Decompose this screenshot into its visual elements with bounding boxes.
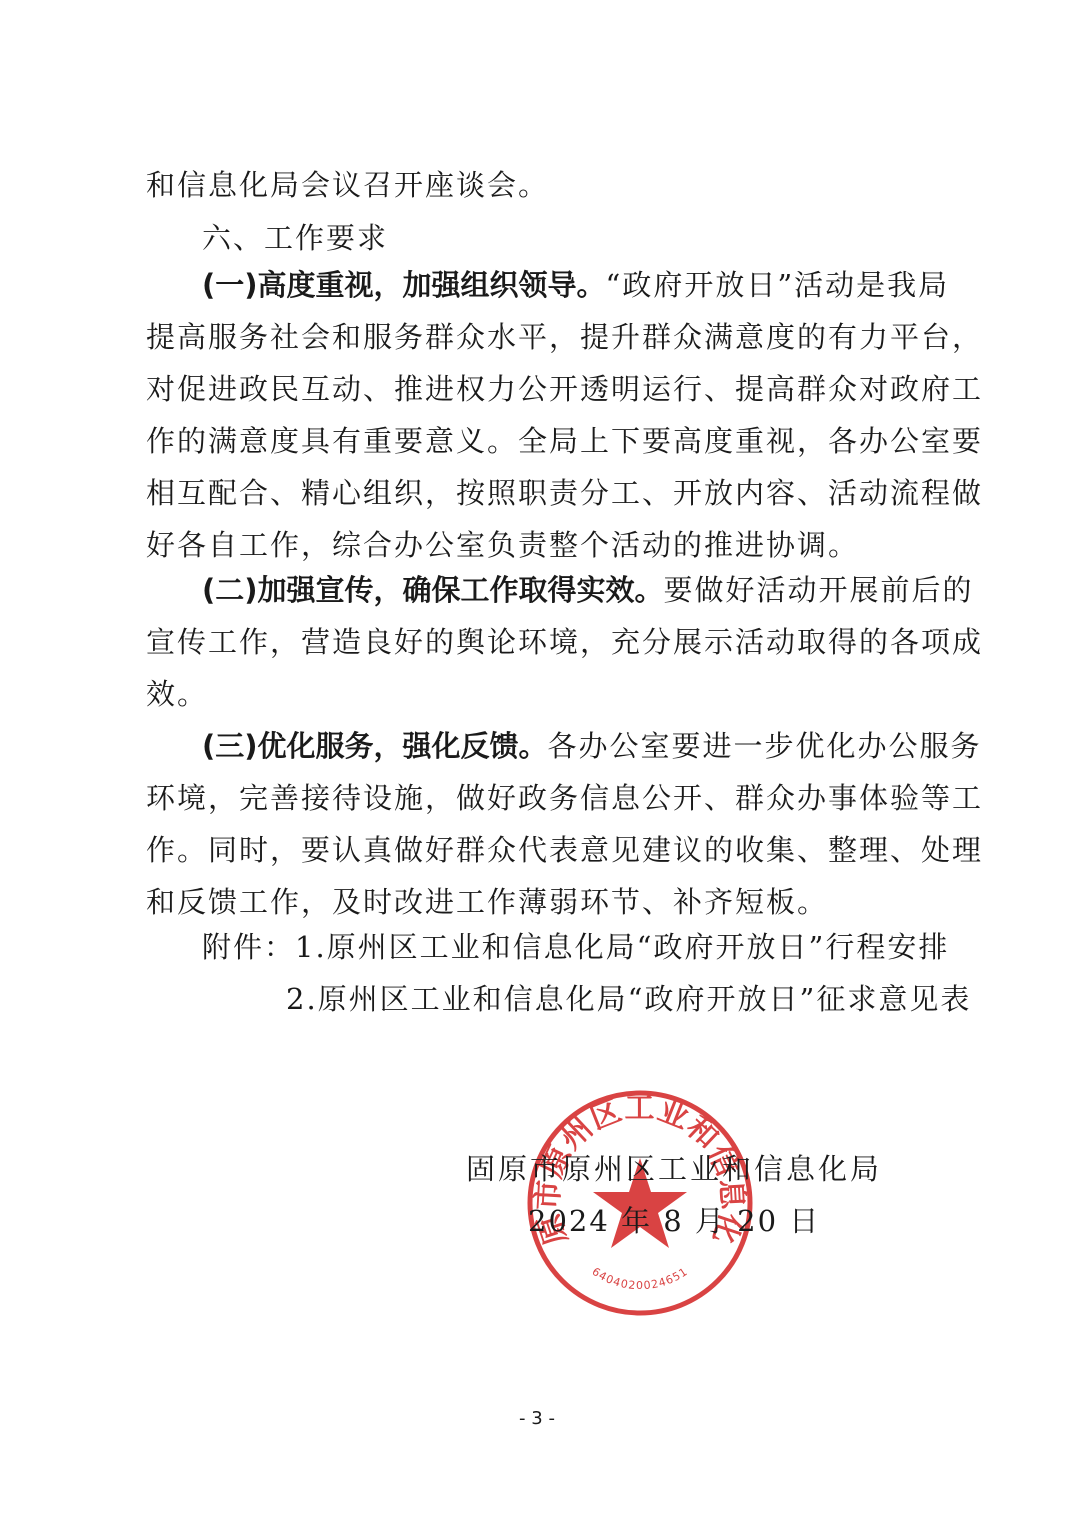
- attachment-item-2: 2.原州区工业和信息化局“政府开放日”征求意见表: [286, 980, 930, 1018]
- section-heading: 六、工作要求: [202, 219, 930, 257]
- page-number: - 3 -: [0, 1408, 1074, 1429]
- paragraph-line: 环境，完善接待设施，做好政务信息公开、群众办事体验等工: [146, 779, 930, 817]
- paragraph-2-first-line: (二)加强宣传，确保工作取得实效。要做好活动开展前后的: [202, 571, 930, 609]
- signature-date: 2024 年 8 月 20 日: [528, 1202, 820, 1240]
- paragraph-line: 对促进政民互动、推进权力公开透明运行、提高群众对政府工: [146, 370, 930, 408]
- paragraph-1-first-line: (一)高度重视，加强组织领导。“政府开放日”活动是我局: [202, 266, 930, 304]
- paragraph-text: 要做好活动开展前后的: [664, 573, 974, 607]
- attachment-item-1: 1.原州区工业和信息化局“政府开放日”行程安排: [295, 930, 949, 964]
- document-page: 和信息化局会议召开座谈会。 六、工作要求 (一)高度重视，加强组织领导。“政府开…: [0, 0, 1074, 1520]
- paragraph-3-title: (三)优化服务，强化反馈。: [202, 729, 548, 763]
- paragraph-line: 和反馈工作，及时改进工作薄弱环节、补齐短板。: [146, 883, 930, 921]
- paragraph-line: 和信息化局会议召开座谈会。: [146, 166, 930, 204]
- paragraph-1-title: (一)高度重视，加强组织领导。: [202, 268, 606, 302]
- paragraph-text: 各办公室要进一步优化办公服务: [548, 729, 982, 763]
- signature-organization: 固原市原州区工业和信息化局: [466, 1150, 882, 1188]
- paragraph-line: 好各自工作，综合办公室负责整个活动的推进协调。: [146, 526, 930, 564]
- paragraph-line: 作。同时，要认真做好群众代表意见建议的收集、整理、处理: [146, 831, 930, 869]
- attachment-line-1: 附件：1.原州区工业和信息化局“政府开放日”行程安排: [202, 928, 930, 966]
- paragraph-2-title: (二)加强宣传，确保工作取得实效。: [202, 573, 664, 607]
- paragraph-line: 宣传工作，营造良好的舆论环境，充分展示活动取得的各项成: [146, 623, 930, 661]
- paragraph-line: 提高服务社会和服务群众水平，提升群众满意度的有力平台，: [146, 318, 930, 356]
- paragraph-line: 相互配合、精心组织，按照职责分工、开放内容、活动流程做: [146, 474, 930, 512]
- paragraph-3-first-line: (三)优化服务，强化反馈。各办公室要进一步优化办公服务: [202, 727, 930, 765]
- paragraph-line: 作的满意度具有重要意义。全局上下要高度重视，各办公室要: [146, 422, 930, 460]
- attachment-label: 附件：: [202, 930, 295, 964]
- svg-text:6404020024651: 6404020024651: [590, 1265, 691, 1292]
- paragraph-line: 效。: [146, 675, 930, 713]
- paragraph-text: “政府开放日”活动是我局: [606, 268, 950, 302]
